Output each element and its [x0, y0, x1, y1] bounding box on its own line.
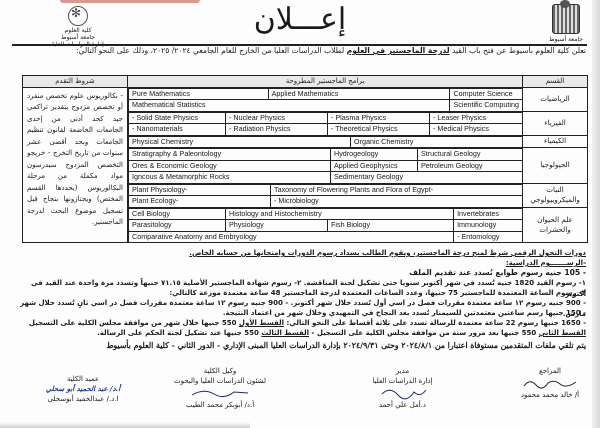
program: Stratigraphy & Paleontology: [129, 149, 331, 161]
programs-physics: - Solid State Physics- Nuclear Physics- …: [128, 111, 523, 135]
program: Parasitology: [129, 220, 226, 232]
handwritten-signature-icon: [160, 386, 280, 400]
intro-text-1: تعلن كلية العلوم بأسيوط عن فتح باب القيد: [450, 46, 586, 55]
scan-page-edge: [592, 0, 600, 428]
signature-director: مدير إدارة الدراسات العليا د.أمل علي أحم…: [355, 366, 450, 410]
fees-heading: -الرســـــــوم الدراسية:: [11, 258, 586, 269]
fee-line: ٣- رسوم الساعة المعتمدة للماجستير 75 جني…: [11, 288, 586, 299]
program: Invertebrates: [454, 208, 522, 220]
program: Applied Mathematics: [268, 88, 450, 100]
header-programs: برامج الماجستير المطروحة: [128, 76, 523, 88]
installment-3-text: 550 جنيها عند تشكيل لجنة الحكم على الرسا…: [97, 329, 261, 337]
assiut-university-logo: جامعة أسيوط: [546, 4, 586, 43]
signatory-role: مدير: [355, 366, 450, 376]
program: Plant Ecology-: [129, 196, 271, 207]
thesis-fee-line: - 1650 جنيها رسوم 22 ساعة معتمدة للرسالة…: [11, 318, 586, 329]
program: Physiology: [226, 220, 328, 232]
program: - Microbiology: [271, 196, 523, 207]
page-title: إعـــلان: [235, 2, 365, 38]
thesis-installments-line: القسط الثاني 550 جنيها بعد مرور سنة من م…: [11, 328, 586, 339]
submission-deadline: يتم تلقي ملفات المتقدمين مستوفاة اعتبارا…: [11, 341, 586, 352]
signatory-role: عميد الكلية: [28, 374, 138, 384]
fee-line: - 105 جنيه رسوم طوابع تُسدد عند تقديم ال…: [11, 268, 586, 279]
program: - Medical Physics: [430, 124, 523, 135]
intro-paragraph: تعلن كلية العلوم بأسيوط عن فتح باب القيد…: [11, 45, 586, 57]
program: Organic Chemistry: [351, 136, 523, 147]
signatory-name: أ/ خالد محمد محمود: [510, 390, 590, 400]
program: Mathematical Statistics: [129, 100, 450, 111]
program: Comparative Anatomy and Embryology: [129, 231, 454, 242]
signatory-name: أ.د/ أبوبكر محمد الطيب: [160, 400, 280, 410]
signatory-name: ا.د./ عبدالحميد أبوسحلى: [28, 394, 138, 404]
program: Petroleum Geology: [418, 160, 523, 172]
program: - Solid State Physics: [129, 112, 226, 124]
program: Ores & Economic Geology: [129, 160, 331, 172]
program: Sedimentary Geology: [331, 172, 523, 183]
fee-line: - 150 جنيها رسم ساعتين معتمدتين للسيمنار…: [11, 308, 586, 319]
department-botany: النبات والميكروبيولوجي: [523, 183, 588, 207]
program: Igncous & Metamorphic Rocks: [129, 172, 331, 183]
signatory-role: وكيل الكلية: [160, 366, 280, 376]
university-name: جامعة أسيوط: [48, 34, 108, 41]
signatory-role-2: لشئون الدراسات العليا والبحوث: [160, 376, 280, 386]
header-conditions: شروط التقدم: [23, 76, 128, 88]
program: Hydrogeology: [331, 149, 418, 161]
intro-degree: لدرجة الماجستير في العلوم: [347, 46, 450, 55]
programs-zoology: Cell BiologyHistology and Histochemistry…: [128, 207, 523, 243]
faculty-emblem-icon: [68, 6, 88, 26]
signatory-role-2: إدارة الدراسات العليا: [355, 376, 450, 386]
installment-3-label: القسط الثالث: [261, 329, 309, 337]
table-header-row: شروط التقدم برامج الماجستير المطروحة الق…: [23, 76, 588, 88]
program: Cell Biology: [129, 208, 226, 220]
program: Scientific Computing: [450, 100, 522, 111]
program: - Nanomaterials: [129, 124, 226, 135]
university-logo-caption: جامعة أسيوط: [546, 36, 586, 43]
signatory-name: د.أمل علي أحمد: [355, 400, 450, 410]
program: - Entomology: [454, 231, 522, 242]
programs-geology: Stratigraphy & PaleontologyHydrogeologyS…: [128, 148, 523, 184]
department-chemistry: الكيمياء: [523, 135, 588, 148]
faculty-name: كلية العلوم: [48, 27, 108, 34]
program: - Leaser Physics: [430, 112, 523, 124]
header-department: القسم: [523, 76, 588, 88]
faculty-of-science-logo: كلية العلوم جامعة أسيوط إدارة الدراسات ا…: [48, 6, 108, 48]
table-row-math: - بكالوريوس علوم تخصص منفرد أو تخصص مزدو…: [23, 87, 588, 111]
signature-dean: عميد الكلية أ.د/ عبد الحميد أبو سحلي ا.د…: [28, 374, 138, 404]
digital-transformation-note: دورات التحول الرقمي شرط لمنح درجة الماجس…: [11, 248, 586, 259]
program: Applied Geophysics: [331, 160, 418, 172]
program: - Nuclear Physics: [226, 112, 328, 124]
scan-bottom-shadow: [0, 422, 250, 428]
thesis-fee-prefix: - 1650 جنيها رسوم 22 ساعة معتمدة للرسالة…: [284, 319, 586, 327]
signature-reviewer: المراجع أ/ خالد محمد محمود: [510, 366, 590, 400]
intro-text-2: لطلاب الدراسات العليا من الخارج للعام ال…: [76, 46, 347, 55]
program: Pure Mathematics: [129, 88, 269, 100]
program: Computer Science: [450, 88, 522, 100]
program: - Theoretical Physics: [328, 124, 430, 135]
program: Immunology: [454, 220, 522, 232]
programs-math: Pure MathematicsApplied MathematicsCompu…: [128, 87, 523, 111]
department-math: الرياضيات: [523, 87, 588, 111]
program: Structural Geology: [418, 149, 523, 161]
signature-vice-dean: وكيل الكلية لشئون الدراسات العليا والبحو…: [160, 366, 280, 410]
conditions-cell: - بكالوريوس علوم تخصص منفرد أو تخصص مزدو…: [23, 87, 128, 243]
programs-botany: Plant Physiology-Taxonomy of Flowering P…: [128, 183, 523, 207]
program: Physical Chemistry: [129, 136, 351, 147]
dean-stamp: أ.د/ عبد الحميد أبو سحلي: [28, 384, 138, 394]
program: Fish Biology: [328, 220, 454, 232]
department-zoology: علم الحيوان والحشرات: [523, 207, 588, 243]
signatory-role: المراجع: [510, 366, 590, 376]
scan-edge-shadow: [60, 0, 200, 3]
installment-2-text: 550 جنيها بعد مرور سنة من موافقة مجلس ال…: [309, 329, 539, 337]
installment-1-label: القسط الأول: [239, 319, 284, 327]
program: Histology and Histochemistry: [226, 208, 454, 220]
program: - Radiation Physics: [226, 124, 328, 135]
installment-2-label: القسط الثاني: [539, 329, 586, 337]
program: - Plasma Physics: [328, 112, 430, 124]
installment-1-text: 550 جنيها خلال شهر من موافقة مجلس الكلية…: [29, 319, 239, 327]
handwritten-signature-icon: [510, 376, 590, 390]
programs-table: شروط التقدم برامج الماجستير المطروحة الق…: [22, 75, 588, 243]
announcement-document: جامعة أسيوط إعـــلان كلية العلوم جامعة أ…: [0, 0, 600, 428]
department-geology: الجيولوجيا: [523, 148, 588, 184]
handwritten-signature-icon: [355, 386, 450, 400]
program: Taxonomy of Flowering Plants and Flora o…: [271, 184, 523, 196]
programs-chemistry: Physical ChemistryOrganic Chemistry: [128, 135, 523, 148]
university-emblem-icon: [552, 4, 580, 34]
program: Plant Physiology-: [129, 184, 271, 196]
department-physics: الفيزياء: [523, 111, 588, 135]
